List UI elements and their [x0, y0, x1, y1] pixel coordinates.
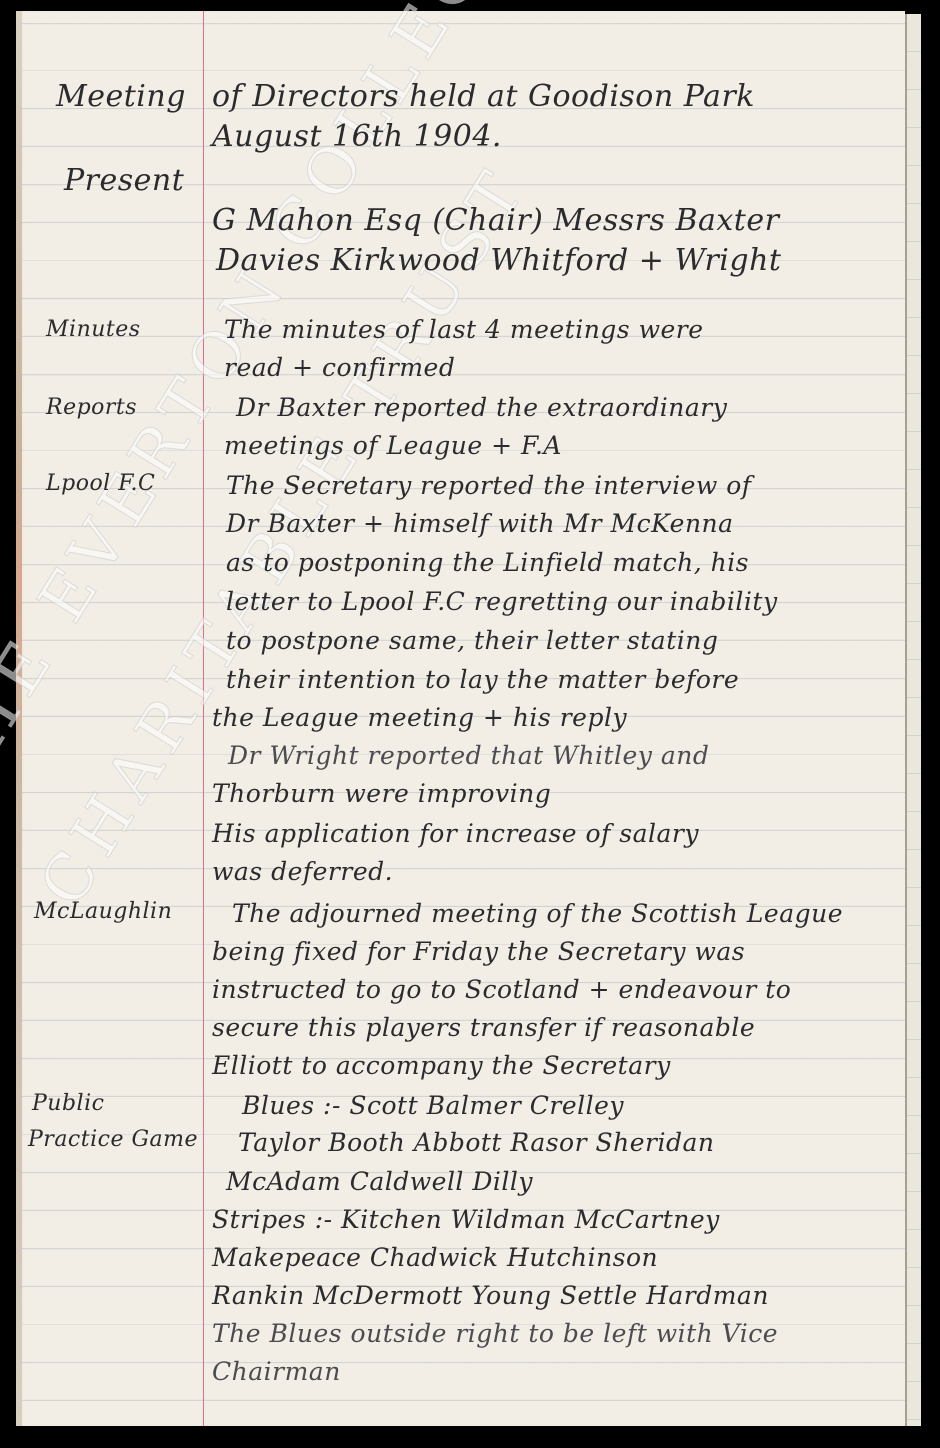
mclaughlin-line: instructed to go to Scotland + endeavour…: [212, 975, 791, 1004]
bottom-border: [0, 1426, 940, 1448]
mclaughlin-line: being fixed for Friday the Secretary was: [212, 937, 745, 966]
reports-line-1: Dr Baxter reported the extraordinary: [236, 393, 727, 422]
lpool-line: their intention to lay the matter before: [226, 665, 739, 694]
lpool-line: Dr Wright reported that Whitley and: [228, 741, 709, 770]
heading-label: Meeting: [56, 79, 186, 114]
practice-label-line-1: Public: [32, 1091, 104, 1116]
practice-line: Makepeace Chadwick Hutchinson: [212, 1243, 658, 1272]
minutes-line-1: The minutes of last 4 meetings were: [224, 315, 704, 344]
lpool-line: The Secretary reported the interview of: [226, 471, 752, 500]
present-line-1: G Mahon Esq (Chair) Messrs Baxter: [212, 203, 779, 238]
practice-line: McAdam Caldwell Dilly: [226, 1167, 533, 1196]
practice-line: Stripes :- Kitchen Wildman McCartney: [212, 1205, 720, 1234]
reports-label: Reports: [46, 395, 137, 420]
reports-line-2: meetings of League + F.A: [224, 431, 562, 460]
adjacent-page-edge: [905, 14, 921, 1426]
present-line-2: Davies Kirkwood Whitford + Wright: [216, 243, 781, 278]
margin-rule: [203, 11, 204, 1426]
mclaughlin-line: secure this players transfer if reasonab…: [212, 1013, 755, 1042]
heading-line-1: of Directors held at Goodison Park: [212, 79, 755, 114]
minutes-line-2: read + confirmed: [224, 353, 455, 382]
lpool-line: as to postponing the Linfield match, his: [226, 548, 749, 577]
lpool-label: Lpool F.C: [46, 471, 155, 496]
notebook-page: THE EVERTON COLLECTION CHARITABLE TRUST …: [16, 11, 905, 1426]
minutes-label: Minutes: [46, 317, 141, 342]
heading-line-2: August 16th 1904.: [212, 119, 502, 154]
lpool-line: Thorburn were improving: [212, 779, 551, 808]
page-binding-edge: [16, 11, 22, 1426]
practice-label-line-2: Practice Game: [28, 1127, 198, 1152]
lpool-line: His application for increase of salary: [212, 819, 699, 848]
lpool-line: Dr Baxter + himself with Mr McKenna: [226, 509, 734, 538]
present-label: Present: [64, 163, 184, 198]
lpool-line: to postpone same, their letter stating: [226, 626, 718, 655]
lpool-line: letter to Lpool F.C regretting our inabi…: [226, 587, 778, 616]
practice-line: Blues :- Scott Balmer Crelley: [242, 1091, 624, 1120]
mclaughlin-line: Elliott to accompany the Secretary: [212, 1051, 671, 1080]
lpool-line: the League meeting + his reply: [212, 703, 627, 732]
mclaughlin-label: McLaughlin: [34, 899, 172, 924]
lpool-line: was deferred.: [212, 857, 393, 886]
practice-line: Taylor Booth Abbott Rasor Sheridan: [238, 1128, 715, 1157]
mclaughlin-line: The adjourned meeting of the Scottish Le…: [232, 899, 843, 928]
